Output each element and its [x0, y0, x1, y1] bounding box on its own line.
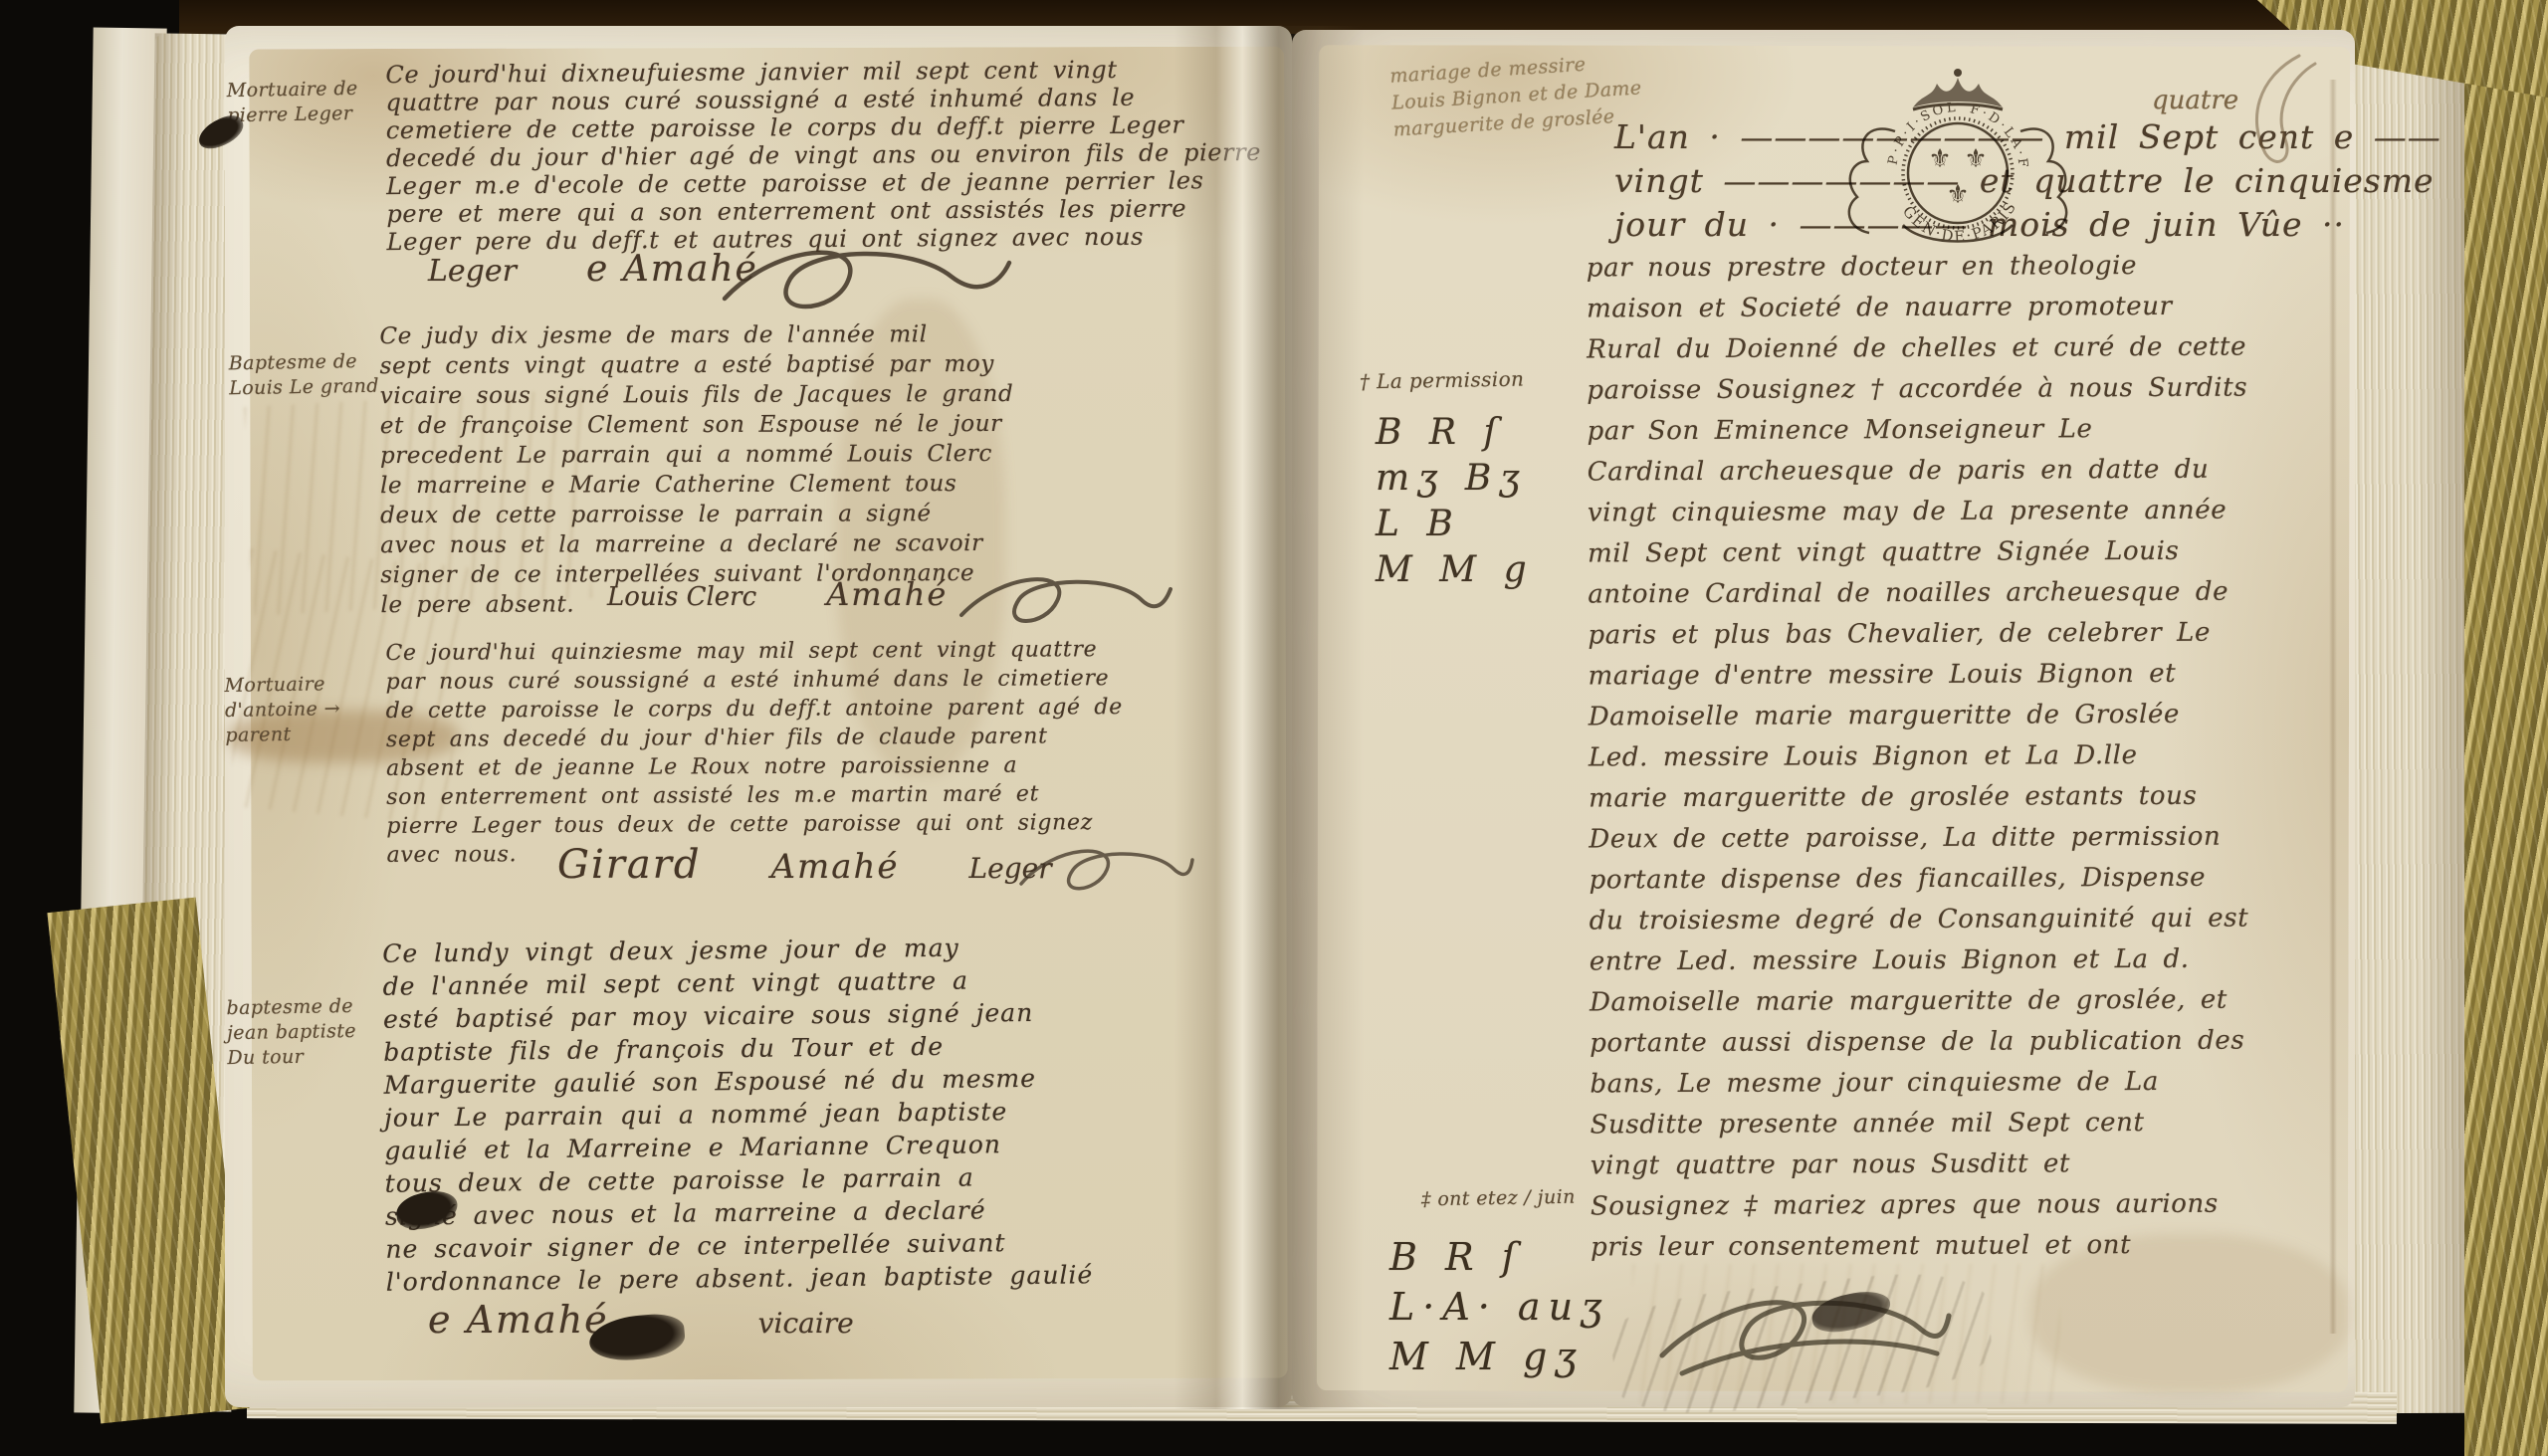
signature-flourish: [955, 565, 1174, 635]
superscript-note: quatre: [2152, 86, 2238, 115]
margin-paraphs: B R ſL·A· auʒM M gʒ: [1389, 1232, 1610, 1381]
marbled-endpaper-right: [2464, 0, 2548, 1456]
paraph-flourish: [2228, 50, 2322, 179]
fleur-de-lis-icon: ⚜: [1928, 144, 1951, 174]
signature-flourish: [717, 237, 1015, 321]
margin-note: Mortuaire depierre Leger: [227, 77, 359, 128]
scroll-ornament-right: [2020, 128, 2066, 233]
fleur-de-lis-icon: ⚜: [1946, 180, 1969, 210]
scroll-ornament-left: [1849, 128, 1895, 233]
signatures: Legere Amahé: [428, 249, 758, 290]
margin-note: mariage de messireLouis Bignon et de Dam…: [1389, 48, 1644, 143]
margin-note: baptesme dejean baptisteDu tour: [226, 994, 356, 1071]
signatures: e Amahévicaire: [428, 1298, 1003, 1342]
signatures: Louis ClercAmahé: [607, 575, 948, 613]
entry-text-burial-pierre-leger: Ce jourd'hui dixneufuiesme janvier mil s…: [385, 55, 1261, 256]
entry-text-baptism-jean-baptiste-du-tour: Ce lundy vingt deux jesme jour de mayde …: [382, 930, 1093, 1298]
margin-note-marriage-date: ‡ ont etez / juin: [1421, 1185, 1576, 1213]
signatures: GirardAmahéLeger: [557, 842, 1052, 888]
page-crease: [2329, 80, 2337, 1334]
fleur-de-lis-icon: ⚜: [1964, 144, 1987, 174]
generalite-de-paris-tax-stamp: P·P·I·SOL F·D·LA·F GEN·DE·PARIS ⚜ ⚜ ⚜: [1833, 56, 2082, 270]
marriage-act-body: par nous prestre docteur en theologiemai…: [1587, 246, 2251, 1269]
signature-flourish: [1015, 838, 1194, 904]
margin-note: Mortuaired'antoine →parent: [224, 672, 340, 748]
margin-note: Baptesme deLouis Le grand: [229, 349, 379, 402]
photo-open-parish-register: Mortuaire depierre Leger Ce jourd'hui di…: [0, 0, 2548, 1456]
margin-paraphs: B R ſmʒ BʒL BM M g: [1376, 410, 1535, 593]
margin-note-permission: † La permission: [1360, 367, 1525, 395]
entry-text-burial-antoine-parent: Ce jourd'hui quinziesme may mil sept cen…: [385, 635, 1123, 870]
